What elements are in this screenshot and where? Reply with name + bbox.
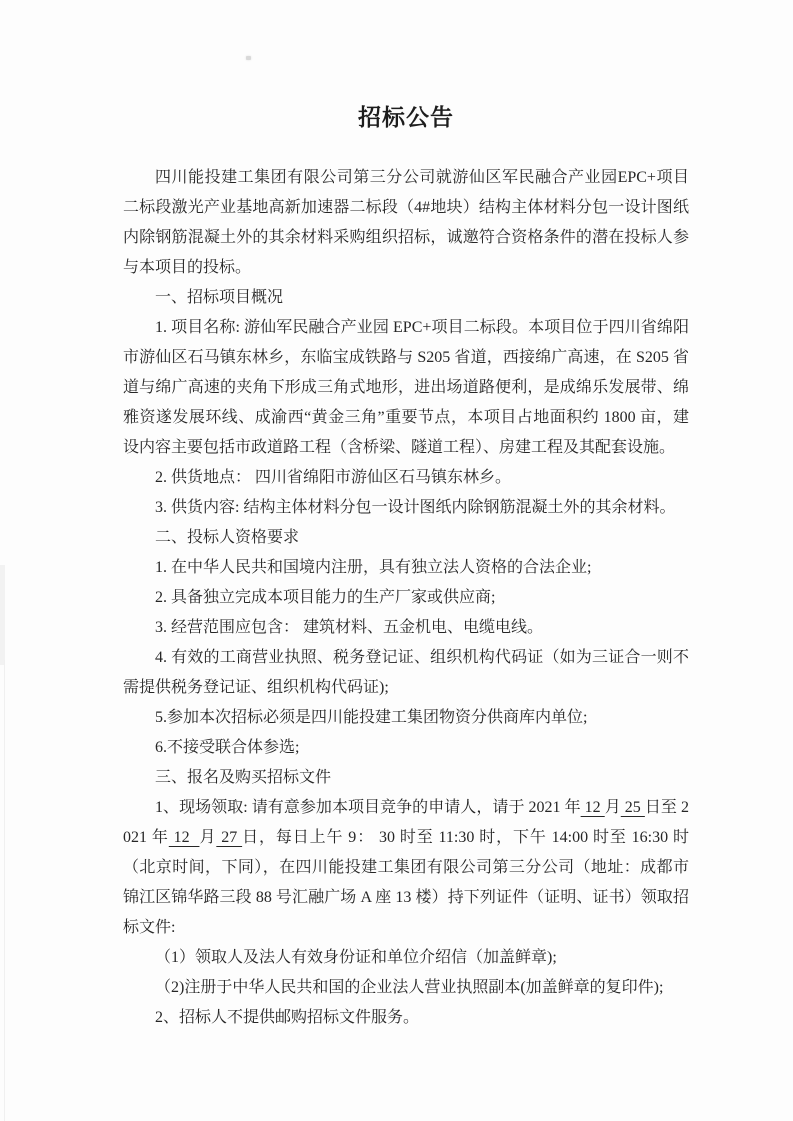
document-title: 招标公告 — [123, 100, 689, 136]
paragraph: 2. 具备独立完成本项目能力的生产厂家或供应商; — [123, 583, 689, 613]
paragraph: 4. 有效的工商营业执照、税务登记证、组织机构代码证（如为三证合一则不需提供税务… — [123, 643, 689, 703]
text-run: 3. 供货内容: 结构主体材料分包一设计图纸内除钢筋混凝土外的其余材料。 — [155, 499, 675, 516]
text-run: 4. 有效的工商营业执照、税务登记证、组织机构代码证（如为三证合一则不需提供税务… — [123, 649, 689, 696]
text-run: 月 — [199, 829, 216, 846]
paragraph: 1. 在中华人民共和国境内注册，具有独立法人资格的合法企业; — [123, 553, 689, 583]
text-run: 1、现场领取: 请有意参加本项目竞争的申请人，请于 2021 年 — [155, 799, 581, 816]
text-run: （2)注册于中华人民共和国的企业法人营业执照副本(加盖鲜章的复印件); — [155, 979, 663, 996]
paragraph: （1）领取人及法人有效身份证和单位介绍信（加盖鲜章); — [123, 943, 689, 973]
paragraph: 3. 经营范围应包含： 建筑材料、五金机电、电缆电线。 — [123, 613, 689, 643]
text-run: 1. 在中华人民共和国境内注册，具有独立法人资格的合法企业; — [155, 559, 591, 576]
text-run: 三、报名及购买招标文件 — [155, 769, 331, 786]
paragraph: 二、投标人资格要求 — [123, 523, 689, 553]
text-run: 2. 具备独立完成本项目能力的生产厂家或供应商; — [155, 589, 495, 606]
paragraph: 四川能投建工集团有限公司第三分公司就游仙区军民融合产业园EPC+项目二标段激光产… — [123, 163, 689, 283]
text-run: 6.不接受联合体参选; — [155, 739, 299, 756]
text-run: 月 — [605, 799, 621, 816]
text-run: 二、投标人资格要求 — [155, 529, 299, 546]
paragraph: 2、招标人不提供邮购招标文件服务。 — [123, 1003, 689, 1033]
text-run: 1. 项目名称: 游仙军民融合产业园 EPC+项目二标段。本项目位于四川省绵阳市… — [123, 319, 689, 456]
fill-in-blank: 25 — [621, 799, 645, 816]
document-page: 招标公告 四川能投建工集团有限公司第三分公司就游仙区军民融合产业园EPC+项目二… — [0, 0, 793, 1121]
scan-edge-artifact — [0, 565, 5, 665]
text-run: 2. 供货地点： 四川省绵阳市游仙区石马镇东林乡。 — [155, 469, 511, 486]
paragraph: 5.参加本次招标必须是四川能投建工集团物资分供商库内单位; — [123, 703, 689, 733]
paragraph: 3. 供货内容: 结构主体材料分包一设计图纸内除钢筋混凝土外的其余材料。 — [123, 493, 689, 523]
paragraph: 1. 项目名称: 游仙军民融合产业园 EPC+项目二标段。本项目位于四川省绵阳市… — [123, 313, 689, 463]
fill-in-blank: 12 — [169, 829, 200, 846]
paragraph: （2)注册于中华人民共和国的企业法人营业执照副本(加盖鲜章的复印件); — [123, 973, 689, 1003]
text-run: （1）领取人及法人有效身份证和单位介绍信（加盖鲜章); — [155, 949, 557, 966]
paragraph: 三、报名及购买招标文件 — [123, 763, 689, 793]
fill-in-blank: 12 — [581, 799, 605, 816]
document-body: 四川能投建工集团有限公司第三分公司就游仙区军民融合产业园EPC+项目二标段激光产… — [123, 163, 689, 1033]
text-run: 2、招标人不提供邮购招标文件服务。 — [155, 1009, 419, 1026]
text-run: 5.参加本次招标必须是四川能投建工集团物资分供商库内单位; — [155, 709, 587, 726]
fill-in-blank: 27 — [216, 829, 242, 846]
text-run: 四川能投建工集团有限公司第三分公司就游仙区军民融合产业园EPC+项目二标段激光产… — [123, 169, 689, 276]
scan-speck-artifact — [246, 56, 251, 60]
scan-edge-line-artifact — [4, 660, 5, 1121]
paragraph: 1、现场领取: 请有意参加本项目竞争的申请人，请于 2021 年 12 月 25… — [123, 793, 689, 943]
paragraph: 2. 供货地点： 四川省绵阳市游仙区石马镇东林乡。 — [123, 463, 689, 493]
text-run: 一、招标项目概况 — [155, 289, 283, 306]
text-run: 3. 经营范围应包含： 建筑材料、五金机电、电缆电线。 — [155, 619, 543, 636]
paragraph: 6.不接受联合体参选; — [123, 733, 689, 763]
paragraph: 一、招标项目概况 — [123, 283, 689, 313]
